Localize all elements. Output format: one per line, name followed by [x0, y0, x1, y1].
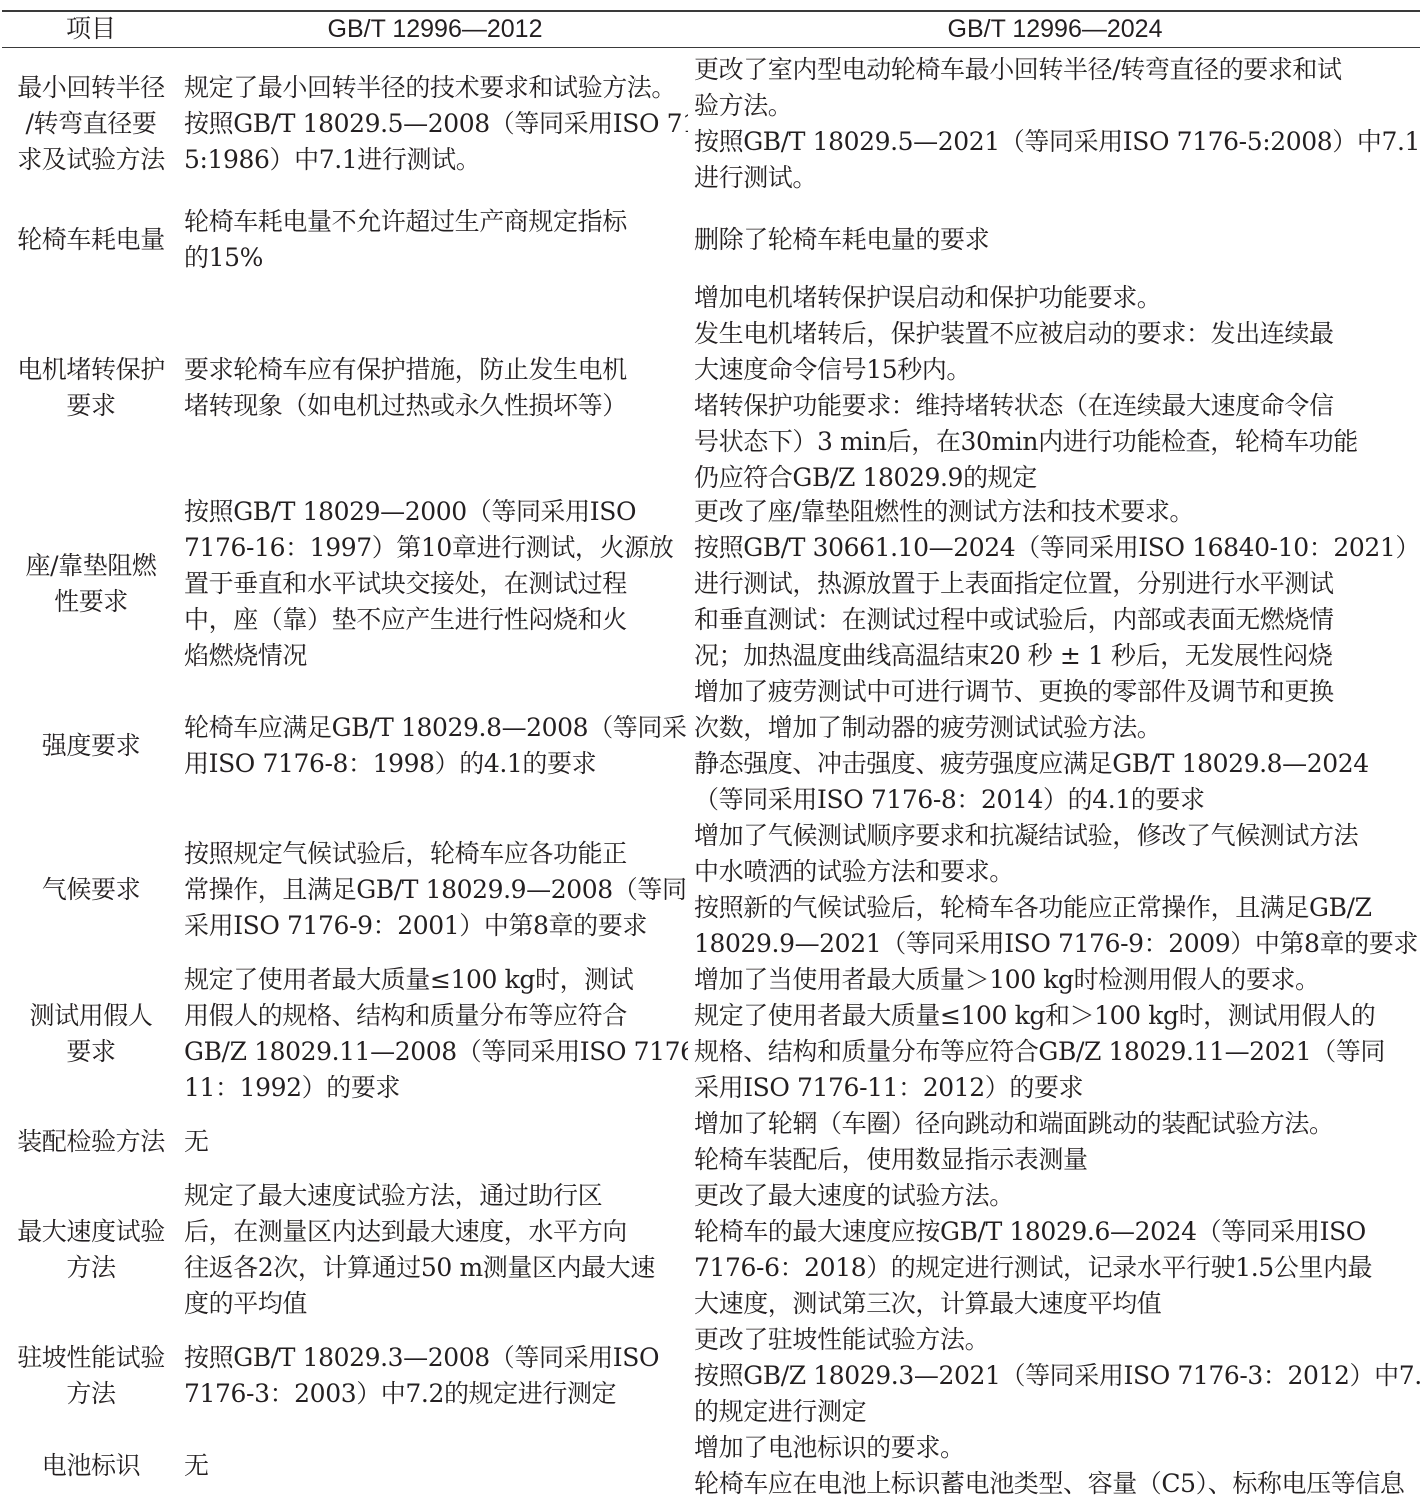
- old-standard-cell: 轮椅车应满足GB/T 18029.8—2008（等同采用ISO 7176-8：1…: [180, 674, 690, 818]
- cell-text-line: 焰燃烧情况: [184, 638, 688, 674]
- cell-text-line: 气候要求: [4, 872, 178, 908]
- cell-text-line: 轮椅车的最大速度应按GB/T 18029.6—2024（等同采用ISO: [694, 1214, 1420, 1250]
- cell-text-line: 11：1992）的要求: [184, 1070, 688, 1106]
- old-standard-cell: 要求轮椅车应有保护措施，防止发生电机堵转现象（如电机过热或永久性损坏等）: [180, 280, 690, 496]
- new-standard-cell: 更改了驻坡性能试验方法。按照GB/Z 18029.3—2021（等同采用ISO …: [690, 1322, 1420, 1430]
- cell-text-line: 座/靠垫阻燃: [4, 548, 178, 584]
- cell-text-line: 按照GB/T 18029.5—2021（等同采用ISO 7176-5:2008）…: [694, 124, 1420, 160]
- cell-text-line: （等同采用ISO 7176-8：2014）的4.1的要求: [694, 782, 1420, 818]
- cell-text-line: 更改了室内型电动轮椅车最小回转半径/转弯直径的要求和试: [694, 52, 1420, 88]
- cell-text-line: 要求: [4, 1034, 178, 1070]
- old-standard-cell: 按照规定气候试验后，轮椅车应各功能正常操作，且满足GB/T 18029.9—20…: [180, 818, 690, 962]
- cell-text-line: 强度要求: [4, 728, 178, 764]
- new-standard-cell: 增加电机堵转保护误启动和保护功能要求。发生电机堵转后，保护装置不应被启动的要求：…: [690, 280, 1420, 496]
- comparison-table: 项目 GB/T 12996—2012 GB/T 12996—2024 最小回转半…: [2, 10, 1420, 1497]
- old-standard-cell: 无: [180, 1430, 690, 1497]
- cell-text-line: 更改了驻坡性能试验方法。: [694, 1322, 1420, 1358]
- header-item: 项目: [2, 12, 180, 47]
- item-cell: 电池标识: [2, 1430, 180, 1497]
- cell-text-line: 电机堵转保护: [4, 352, 178, 388]
- cell-text-line: 7176-16：1997）第10章进行测试，火源放: [184, 530, 688, 566]
- cell-text-line: 装配检验方法: [4, 1124, 178, 1160]
- table-row: 座/靠垫阻燃性要求按照GB/T 18029—2000（等同采用ISO7176-1…: [2, 494, 1420, 674]
- cell-text-line: 规定了使用者最大质量≤100 kg时，测试: [184, 962, 688, 998]
- table-row: 驻坡性能试验方法按照GB/T 18029.3—2008（等同采用ISO7176-…: [2, 1322, 1420, 1430]
- item-cell: 装配检验方法: [2, 1106, 180, 1178]
- cell-text-line: 按照新的气候试验后，轮椅车各功能应正常操作，且满足GB/Z: [694, 890, 1420, 926]
- cell-text-line: 大速度命令信号15秒内。: [694, 352, 1420, 388]
- cell-text-line: 5:1986）中7.1进行测试。: [184, 142, 688, 178]
- old-standard-cell: 无: [180, 1106, 690, 1178]
- cell-text-line: 验方法。: [694, 88, 1420, 124]
- old-standard-cell: 规定了使用者最大质量≤100 kg时，测试用假人的规格、结构和质量分布等应符合G…: [180, 962, 690, 1106]
- cell-text-line: 用ISO 7176-8：1998）的4.1的要求: [184, 746, 688, 782]
- new-standard-cell: 增加了电池标识的要求。轮椅车应在电池上标识蓄电池类型、容量（C5）、标称电压等信…: [690, 1430, 1420, 1497]
- cell-text-line: 仍应符合GB/Z 18029.9的规定: [694, 460, 1420, 496]
- table-row: 轮椅车耗电量轮椅车耗电量不允许超过生产商规定指标的15%删除了轮椅车耗电量的要求: [2, 200, 1420, 280]
- item-cell: 最小回转半径/转弯直径要求及试验方法: [2, 48, 180, 200]
- table-row: 气候要求按照规定气候试验后，轮椅车应各功能正常操作，且满足GB/T 18029.…: [2, 818, 1420, 962]
- cell-text-line: 采用ISO 7176-11：2012）的要求: [694, 1070, 1420, 1106]
- cell-text-line: 增加电机堵转保护误启动和保护功能要求。: [694, 280, 1420, 316]
- table-row: 装配检验方法无增加了轮辋（车圈）径向跳动和端面跳动的装配试验方法。轮椅车装配后，…: [2, 1106, 1420, 1178]
- old-standard-cell: 规定了最大速度试验方法，通过助行区后，在测量区内达到最大速度，水平方向往返各2次…: [180, 1178, 690, 1322]
- item-cell: 电机堵转保护要求: [2, 280, 180, 496]
- cell-text-line: 增加了气候测试顺序要求和抗凝结试验，修改了气候测试方法: [694, 818, 1420, 854]
- new-standard-cell: 增加了轮辋（车圈）径向跳动和端面跳动的装配试验方法。轮椅车装配后，使用数显指示表…: [690, 1106, 1420, 1178]
- table-row: 测试用假人要求规定了使用者最大质量≤100 kg时，测试用假人的规格、结构和质量…: [2, 962, 1420, 1106]
- cell-text-line: 后，在测量区内达到最大速度，水平方向: [184, 1214, 688, 1250]
- cell-text-line: 按照GB/Z 18029.3—2021（等同采用ISO 7176-3：2012）…: [694, 1358, 1420, 1394]
- cell-text-line: 增加了疲劳测试中可进行调节、更换的零部件及调节和更换: [694, 674, 1420, 710]
- cell-text-line: 进行测试。: [694, 160, 1420, 196]
- item-cell: 轮椅车耗电量: [2, 200, 180, 280]
- cell-text-line: 按照GB/T 30661.10—2024（等同采用ISO 16840-10：20…: [694, 530, 1420, 566]
- cell-text-line: 按照规定气候试验后，轮椅车应各功能正: [184, 836, 688, 872]
- cell-text-line: 更改了最大速度的试验方法。: [694, 1178, 1420, 1214]
- cell-text-line: 常操作，且满足GB/T 18029.9—2008（等同: [184, 872, 688, 908]
- cell-text-line: 轮椅车耗电量: [4, 222, 178, 258]
- cell-text-line: 无: [184, 1124, 688, 1160]
- new-standard-cell: 增加了当使用者最大质量＞100 kg时检测用假人的要求。规定了使用者最大质量≤1…: [690, 962, 1420, 1106]
- cell-text-line: 规定了最大速度试验方法，通过助行区: [184, 1178, 688, 1214]
- old-standard-cell: 轮椅车耗电量不允许超过生产商规定指标的15%: [180, 200, 690, 280]
- cell-text-line: 电池标识: [4, 1448, 178, 1484]
- cell-text-line: 的15%: [184, 240, 688, 276]
- cell-text-line: 采用ISO 7176-9：2001）中第8章的要求: [184, 908, 688, 944]
- new-standard-cell: 更改了室内型电动轮椅车最小回转半径/转弯直径的要求和试验方法。按照GB/T 18…: [690, 48, 1420, 200]
- new-standard-cell: 删除了轮椅车耗电量的要求: [690, 200, 1420, 280]
- cell-text-line: 轮椅车应满足GB/T 18029.8—2008（等同采: [184, 710, 688, 746]
- cell-text-line: 次数，增加了制动器的疲劳测试试验方法。: [694, 710, 1420, 746]
- cell-text-line: /转弯直径要: [4, 106, 178, 142]
- cell-text-line: 往返各2次，计算通过50 m测量区内最大速: [184, 1250, 688, 1286]
- cell-text-line: 度的平均值: [184, 1286, 688, 1322]
- cell-text-line: 大速度，测试第三次，计算最大速度平均值: [694, 1286, 1420, 1322]
- cell-text-line: 规定了使用者最大质量≤100 kg和＞100 kg时，测试用假人的: [694, 998, 1420, 1034]
- cell-text-line: 按照GB/T 18029.5—2008（等同采用ISO 7176-: [184, 106, 688, 142]
- table-row: 最大速度试验方法规定了最大速度试验方法，通过助行区后，在测量区内达到最大速度，水…: [2, 1178, 1420, 1322]
- old-standard-cell: 按照GB/T 18029—2000（等同采用ISO7176-16：1997）第1…: [180, 494, 690, 674]
- header-2012: GB/T 12996—2012: [180, 12, 690, 47]
- cell-text-line: GB/Z 18029.11—2008（等同采用ISO 7176-: [184, 1034, 688, 1070]
- cell-text-line: 堵转现象（如电机过热或永久性损坏等）: [184, 388, 688, 424]
- cell-text-line: 方法: [4, 1376, 178, 1412]
- old-standard-cell: 按照GB/T 18029.3—2008（等同采用ISO7176-3：2003）中…: [180, 1322, 690, 1430]
- cell-text-line: 进行测试，热源放置于上表面指定位置，分别进行水平测试: [694, 566, 1420, 602]
- cell-text-line: 轮椅车耗电量不允许超过生产商规定指标: [184, 204, 688, 240]
- cell-text-line: 删除了轮椅车耗电量的要求: [694, 222, 1420, 258]
- cell-text-line: 方法: [4, 1250, 178, 1286]
- table-row: 电池标识无增加了电池标识的要求。轮椅车应在电池上标识蓄电池类型、容量（C5）、标…: [2, 1430, 1420, 1497]
- cell-text-line: 按照GB/T 18029.3—2008（等同采用ISO: [184, 1340, 688, 1376]
- cell-text-line: 置于垂直和水平试块交接处，在测试过程: [184, 566, 688, 602]
- cell-text-line: 轮椅车装配后，使用数显指示表测量: [694, 1142, 1420, 1178]
- item-cell: 最大速度试验方法: [2, 1178, 180, 1322]
- cell-text-line: 增加了电池标识的要求。: [694, 1430, 1420, 1466]
- cell-text-line: 中水喷洒的试验方法和要求。: [694, 854, 1420, 890]
- old-standard-cell: 规定了最小回转半径的技术要求和试验方法。按照GB/T 18029.5—2008（…: [180, 48, 690, 200]
- cell-text-line: 况；加热温度曲线高温结束20 秒 ± 1 秒后，无发展性闷烧: [694, 638, 1420, 674]
- cell-text-line: 更改了座/靠垫阻燃性的测试方法和技术要求。: [694, 494, 1420, 530]
- cell-text-line: 堵转保护功能要求：维持堵转状态（在连续最大速度命令信: [694, 388, 1420, 424]
- table-row: 最小回转半径/转弯直径要求及试验方法规定了最小回转半径的技术要求和试验方法。按照…: [2, 48, 1420, 200]
- cell-text-line: 7176-3：2003）中7.2的规定进行测定: [184, 1376, 688, 1412]
- cell-text-line: 无: [184, 1448, 688, 1484]
- cell-text-line: 性要求: [4, 584, 178, 620]
- table-header: 项目 GB/T 12996—2012 GB/T 12996—2024: [2, 12, 1420, 48]
- cell-text-line: 驻坡性能试验: [4, 1340, 178, 1376]
- cell-text-line: 用假人的规格、结构和质量分布等应符合: [184, 998, 688, 1034]
- cell-text-line: 按照GB/T 18029—2000（等同采用ISO: [184, 494, 688, 530]
- new-standard-cell: 增加了疲劳测试中可进行调节、更换的零部件及调节和更换次数，增加了制动器的疲劳测试…: [690, 674, 1420, 818]
- new-standard-cell: 更改了最大速度的试验方法。轮椅车的最大速度应按GB/T 18029.6—2024…: [690, 1178, 1420, 1322]
- header-2024: GB/T 12996—2024: [690, 12, 1420, 47]
- item-cell: 气候要求: [2, 818, 180, 962]
- cell-text-line: 的规定进行测定: [694, 1394, 1420, 1430]
- cell-text-line: 最大速度试验: [4, 1214, 178, 1250]
- cell-text-line: 发生电机堵转后，保护装置不应被启动的要求：发出连续最: [694, 316, 1420, 352]
- new-standard-cell: 增加了气候测试顺序要求和抗凝结试验，修改了气候测试方法中水喷洒的试验方法和要求。…: [690, 818, 1420, 962]
- item-cell: 座/靠垫阻燃性要求: [2, 494, 180, 674]
- cell-text-line: 增加了当使用者最大质量＞100 kg时检测用假人的要求。: [694, 962, 1420, 998]
- cell-text-line: 要求: [4, 388, 178, 424]
- cell-text-line: 要求轮椅车应有保护措施，防止发生电机: [184, 352, 688, 388]
- cell-text-line: 号状态下）3 min后，在30min内进行功能检查，轮椅车功能: [694, 424, 1420, 460]
- table-row: 电机堵转保护要求要求轮椅车应有保护措施，防止发生电机堵转现象（如电机过热或永久性…: [2, 280, 1420, 494]
- cell-text-line: 和垂直测试：在测试过程中或试验后，内部或表面无燃烧情: [694, 602, 1420, 638]
- cell-text-line: 规定了最小回转半径的技术要求和试验方法。: [184, 70, 688, 106]
- cell-text-line: 最小回转半径: [4, 70, 178, 106]
- cell-text-line: 静态强度、冲击强度、疲劳强度应满足GB/T 18029.8—2024: [694, 746, 1420, 782]
- item-cell: 驻坡性能试验方法: [2, 1322, 180, 1430]
- new-standard-cell: 更改了座/靠垫阻燃性的测试方法和技术要求。按照GB/T 30661.10—202…: [690, 494, 1420, 674]
- cell-text-line: 规格、结构和质量分布等应符合GB/Z 18029.11—2021（等同: [694, 1034, 1420, 1070]
- table-body: 最小回转半径/转弯直径要求及试验方法规定了最小回转半径的技术要求和试验方法。按照…: [2, 48, 1420, 1497]
- cell-text-line: 增加了轮辋（车圈）径向跳动和端面跳动的装配试验方法。: [694, 1106, 1420, 1142]
- cell-text-line: 18029.9—2021（等同采用ISO 7176-9：2009）中第8章的要求: [694, 926, 1420, 962]
- item-cell: 强度要求: [2, 674, 180, 818]
- cell-text-line: 轮椅车应在电池上标识蓄电池类型、容量（C5）、标称电压等信息: [694, 1466, 1420, 1497]
- cell-text-line: 7176-6：2018）的规定进行测试，记录水平行驶1.5公里内最: [694, 1250, 1420, 1286]
- table-row: 强度要求轮椅车应满足GB/T 18029.8—2008（等同采用ISO 7176…: [2, 674, 1420, 818]
- cell-text-line: 测试用假人: [4, 998, 178, 1034]
- item-cell: 测试用假人要求: [2, 962, 180, 1106]
- cell-text-line: 求及试验方法: [4, 142, 178, 178]
- cell-text-line: 中，座（靠）垫不应产生进行性闷烧和火: [184, 602, 688, 638]
